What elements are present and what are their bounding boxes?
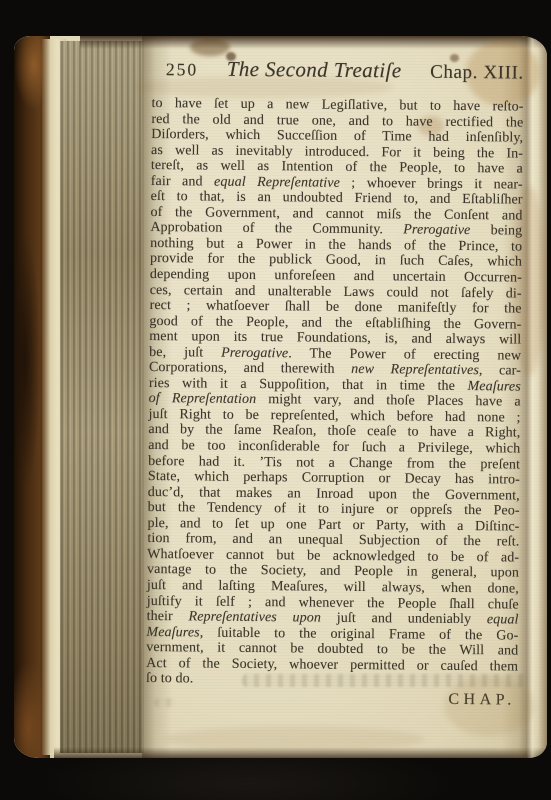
photo-background: 250 The Second Treatiſe Chap. XIII. to h… [0, 0, 551, 800]
page-number: 250 [166, 59, 198, 80]
body-text: to have ſet up a new Legiſlative, but to… [146, 96, 524, 690]
running-header: 250 The Second Treatiſe Chap. XIII. [152, 56, 524, 90]
text-block: 250 The Second Treatiſe Chap. XIII. to h… [146, 56, 524, 709]
book-page: 250 The Second Treatiſe Chap. XIII. to h… [14, 36, 547, 758]
running-title: The Second Treatiſe [227, 57, 402, 84]
bottom-page-edge-shadow [54, 747, 545, 758]
chapter-heading: Chap. XIII. [430, 62, 524, 85]
top-page-edge-shadow [80, 36, 543, 49]
page-fore-edges [60, 41, 144, 753]
catchword: CHAP. [146, 688, 518, 710]
